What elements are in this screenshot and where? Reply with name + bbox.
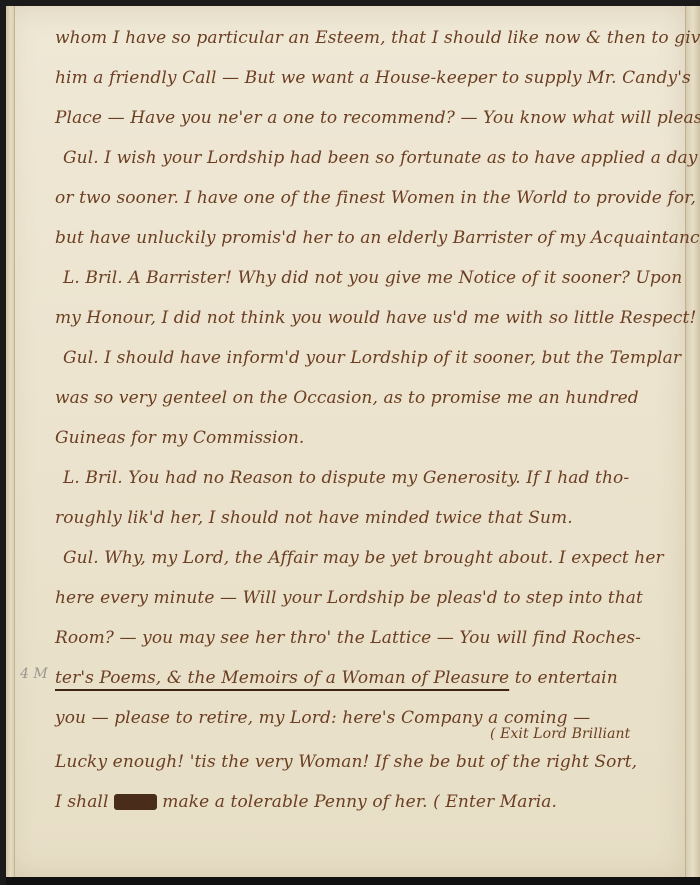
text-line: was so very genteel on the Occasion, as … bbox=[55, 378, 675, 418]
text-fragment: to entertain bbox=[509, 668, 618, 688]
text-line: Lucky enough! 'tis the very Woman! If sh… bbox=[55, 742, 675, 782]
page-bottom-edge bbox=[6, 877, 700, 885]
final-line: I shall xxxx make a tolerable Penny of h… bbox=[55, 782, 675, 822]
page-right-edge bbox=[685, 6, 700, 878]
underlined-passage: ter's Poems, & the Memoirs of a Woman of… bbox=[55, 668, 509, 688]
text-line: here every minute — Will your Lordship b… bbox=[55, 578, 675, 618]
text-line: or two sooner. I have one of the finest … bbox=[55, 178, 675, 218]
manuscript-text: whom I have so particular an Esteem, tha… bbox=[55, 18, 675, 822]
text-line: my Honour, I did not think you would hav… bbox=[55, 298, 675, 338]
speech-gul: Gul. Why, my Lord, the Affair may be yet… bbox=[55, 538, 675, 578]
text-line: whom I have so particular an Esteem, tha… bbox=[55, 18, 675, 58]
struck-out-word: xxxx bbox=[114, 794, 157, 810]
text-fragment: I shall bbox=[55, 792, 114, 812]
text-line: but have unluckily promis'd her to an el… bbox=[55, 218, 675, 258]
speech-lord-brilliant: L. Bril. You had no Reason to dispute my… bbox=[55, 458, 675, 498]
underlined-line: ter's Poems, & the Memoirs of a Woman of… bbox=[55, 658, 675, 698]
speech-gul: Gul. I should have inform'd your Lordshi… bbox=[55, 338, 675, 378]
speech-gul: Gul. I wish your Lordship had been so fo… bbox=[55, 138, 675, 178]
text-line: Place — Have you ne'er a one to recommen… bbox=[55, 98, 675, 138]
text-line: roughly lik'd her, I should not have min… bbox=[55, 498, 675, 538]
text-line: him a friendly Call — But we want a Hous… bbox=[55, 58, 675, 98]
page-binding-edge bbox=[6, 6, 15, 878]
speech-lord-brilliant: L. Bril. A Barrister! Why did not you gi… bbox=[55, 258, 675, 298]
text-fragment: make a tolerable Penny of her. ( Enter M… bbox=[157, 792, 557, 812]
text-line: Guineas for my Commission. bbox=[55, 418, 675, 458]
text-line: Room? — you may see her thro' the Lattic… bbox=[55, 618, 675, 658]
margin-note: 4 M bbox=[20, 666, 48, 682]
